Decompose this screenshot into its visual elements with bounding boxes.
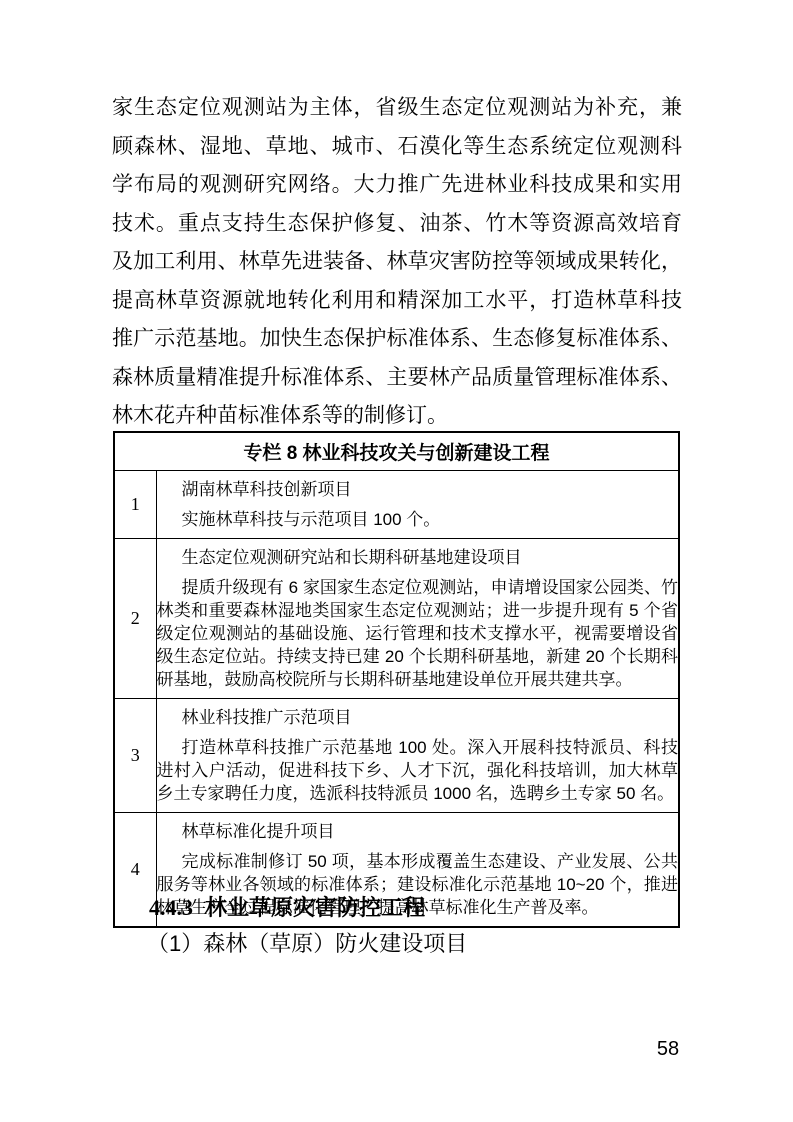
section-number: 4.4.3 — [149, 895, 193, 920]
table-row: 2 生态定位观测研究站和长期科研基地建设项目 提质升级现有 6 家国家生态定位观… — [114, 539, 679, 699]
project-title: 林草标准化提升项目 — [157, 820, 679, 843]
subsection-item: （1）森林（草原）防火建设项目 — [147, 930, 467, 958]
table-header-row: 专栏 8 林业科技攻关与创新建设工程 — [114, 432, 679, 471]
table-title: 专栏 8 林业科技攻关与创新建设工程 — [114, 432, 679, 471]
special-column-table: 专栏 8 林业科技攻关与创新建设工程 1 湖南林草科技创新项目 实施林草科技与示… — [113, 431, 680, 928]
body-paragraph: 家生态定位观测站为主体，省级生态定位观测站为补充，兼 顾森林、湿地、草地、城市、… — [112, 89, 682, 436]
page-number: 58 — [648, 1038, 688, 1061]
project-title: 湖南林草科技创新项目 — [157, 478, 679, 501]
project-description: 实施林草科技与示范项目 100 个。 — [157, 508, 679, 531]
body-text-line: 森林质量精准提升标准体系、主要林产品质量管理标准体系、 — [112, 359, 682, 398]
table-row: 3 林业科技推广示范项目 打造林草科技推广示范基地 100 处。深入开展科技特派… — [114, 699, 679, 813]
section-heading: 4.4.3林业草原灾害防控工程 — [149, 895, 425, 921]
body-text-line: 推广示范基地。加快生态保护标准体系、生态修复标准体系、 — [112, 320, 682, 359]
body-text-line: 林木花卉种苗标准体系等的制修订。 — [112, 397, 682, 436]
body-text-line: 技术。重点支持生态保护修复、油茶、竹木等资源高效培育 — [112, 205, 682, 244]
row-number: 3 — [114, 699, 156, 813]
section-title: 林业草原灾害防控工程 — [205, 895, 425, 920]
body-text-line: 提高林草资源就地转化利用和精深加工水平，打造林草科技 — [112, 282, 682, 321]
row-number: 1 — [114, 471, 156, 539]
body-text-line: 顾森林、湿地、草地、城市、石漠化等生态系统定位观测科 — [112, 128, 682, 167]
row-number: 2 — [114, 539, 156, 699]
document-page: 家生态定位观测站为主体，省级生态定位观测站为补充，兼 顾森林、湿地、草地、城市、… — [0, 0, 793, 1122]
project-description: 打造林草科技推广示范基地 100 处。深入开展科技特派员、科技进村入户活动，促进… — [157, 736, 679, 805]
body-text-line: 学布局的观测研究网络。大力推广先进林业科技成果和实用 — [112, 166, 682, 205]
body-text-line: 及加工利用、林草先进装备、林草灾害防控等领域成果转化， — [112, 243, 682, 282]
table-row: 1 湖南林草科技创新项目 实施林草科技与示范项目 100 个。 — [114, 471, 679, 539]
project-title: 生态定位观测研究站和长期科研基地建设项目 — [157, 546, 679, 569]
project-description: 提质升级现有 6 家国家生态定位观测站，申请增设国家公园类、竹林类和重要森林湿地… — [157, 576, 679, 691]
body-text-line: 家生态定位观测站为主体，省级生态定位观测站为补充，兼 — [112, 89, 682, 128]
project-title: 林业科技推广示范项目 — [157, 706, 679, 729]
